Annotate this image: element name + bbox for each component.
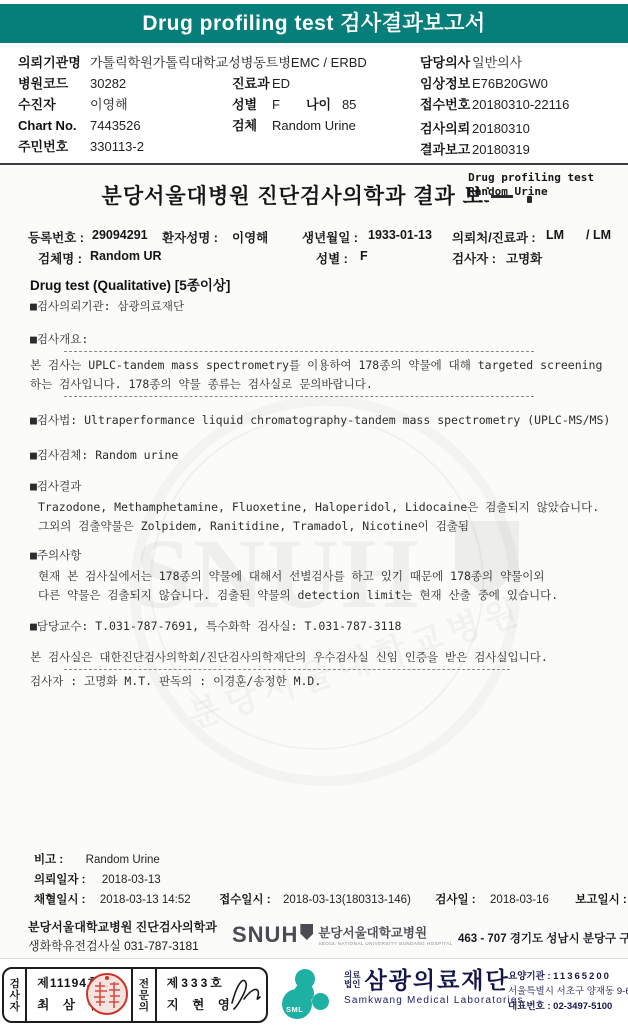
examiner-role-cell: 검사자 [4, 969, 27, 1021]
samkwang-name-row: 의료 법인 삼광의료재단 [344, 967, 524, 993]
specimen-name-value: Random UR [90, 249, 162, 263]
line-signoff: 검사자 : 고명화 M.T. 판독의 : 이경훈/송정한 M.D. [30, 674, 602, 689]
request-date-row: 의뢰일자 : 2018-03-13 [34, 870, 624, 890]
field-label: 담당의사 [420, 52, 472, 73]
field-value: 가톨릭학원가톨릭대학교성병동트병EMC / ERBD [90, 52, 367, 73]
field-label: 검사의뢰 [420, 118, 472, 139]
hospital-address: 463 - 707 경기도 성남시 분당구 구미동 300 [458, 930, 628, 946]
dept-value: LM [546, 228, 564, 242]
line-caution2: 다른 약물은 검출되지 않습니다. 검출된 약물의 detection limi… [30, 588, 602, 603]
tel-row: 대표번호 : 02-3497-5100 [508, 999, 628, 1014]
birth-label: 생년월일 : [302, 228, 358, 246]
snuh-korean-name: 분당서울대학교병원 [318, 926, 452, 940]
samkwang-org-type: 의료 법인 [344, 971, 360, 989]
hospital-dept-line2: 생화학유전검사실 031-787-3181 [28, 937, 217, 956]
sml-logo-circle [312, 993, 329, 1010]
collect-label: 채혈일시 : [34, 894, 85, 906]
sml-logo-circle [282, 989, 312, 1019]
stamp-line1: Drug profiling test [468, 171, 594, 185]
dashed-divider [64, 669, 510, 670]
request-date-value: 2018-03-13 [102, 874, 161, 886]
report-datetime-label: 보고일시 : [575, 894, 626, 906]
field-value: 30282 [90, 73, 126, 94]
samkwang-contact-block: 요양기관 : 11365200 서울특별시 서초구 양재동 9-60 대표번호 … [508, 969, 628, 1014]
line-desc2: 하는 검사입니다. 178종의 약물 종류는 검사실로 문의바랍니다. [30, 377, 602, 392]
snuh-shield-icon [300, 924, 313, 940]
snuh-logo: SNUH 분당서울대학교병원 SEOUL NATIONAL UNIVERSITY… [232, 924, 453, 946]
dashed-divider [64, 396, 534, 397]
seal-bar: 검사자 제11194호 최 삼 규 전문의 제333호 지 현 영 SML [0, 958, 628, 1027]
samkwang-name-block: 의료 법인 삼광의료재단 Samkwang Medical Laboratori… [344, 967, 524, 1006]
snuh-korean-block: 분당서울대학교병원 SEOUL NATIONAL UNIVERSITY BUND… [318, 924, 452, 946]
examiner-value: 고명화 [506, 249, 542, 267]
field-receipt-no: 접수번호 20180310-22116 [420, 94, 569, 115]
note-label: 비고 : [34, 854, 63, 866]
field-label-age: 나이 [306, 94, 342, 115]
request-info-section: 의뢰기관명 가톨릭학원가톨릭대학교성병동트병EMC / ERBD 병원코드 30… [0, 46, 628, 164]
field-department: 진료과 ED [232, 73, 356, 94]
examiner-label: 검사자 : [452, 249, 496, 267]
request-info-middle-column: 진료과 ED 성별 F 나이 85 검체 Random Urine [232, 73, 356, 136]
field-value: E76B20GW0 [472, 73, 548, 94]
field-label: 수진자 [18, 94, 90, 115]
field-clinical-info: 임상정보 E76B20GW0 [420, 73, 569, 94]
field-value-age: 85 [342, 94, 356, 115]
line-accreditation: 본 검사실은 대한진단검사의학회/진단검사의학재단의 우수검사실 신임 인증을 … [30, 650, 602, 665]
report-page: { "colors": { "header_teal": "#067f7b", … [0, 0, 628, 1027]
line-overview: ■검사개요: [30, 332, 602, 347]
samkwang-address: 서울특별시 서초구 양재동 9-60 [508, 984, 628, 999]
examiner-license-cell: 제11194호 최 삼 규 [27, 969, 133, 1021]
field-test-request-date: 검사의뢰 20180310 [420, 118, 569, 139]
line-result-head: ■검사결과 [30, 479, 602, 494]
field-value: 330113-2 [90, 136, 144, 157]
samkwang-org-name: 삼광의료재단 [364, 967, 509, 993]
birth-value: 1933-01-13 [368, 228, 432, 242]
dept-label: 의뢰처/진료과 : [452, 228, 536, 246]
field-label: 주민번호 [18, 136, 90, 157]
sex-label: 성별 : [316, 249, 348, 267]
specimen-name-label: 검체명 : [38, 249, 82, 267]
field-label: 결과보고 [420, 139, 472, 160]
report-body: Drug test (Qualitative) [5종이상] ■검사의뢰기관: … [30, 278, 602, 689]
sml-logo-text: SML [286, 1005, 303, 1014]
field-resident-no: 주민번호 330113-2 [18, 136, 367, 157]
field-sex-age: 성별 F 나이 85 [232, 94, 356, 115]
field-label: 임상정보 [420, 73, 472, 94]
specialist-license-cell: 제333호 지 현 영 [157, 969, 266, 1021]
sex-value: F [360, 249, 368, 263]
field-value: 7443526 [90, 115, 141, 136]
field-value: 20180319 [472, 139, 530, 160]
patient-name-label: 환자성명 : [162, 228, 218, 246]
field-label: 진료과 [232, 73, 272, 94]
field-result-report-date: 결과보고 20180319 [420, 139, 569, 160]
note-value: Random Urine [86, 854, 160, 866]
test-date-label: 검사일 : [435, 894, 475, 906]
line-caution1: 현재 본 검사실에서는 178종의 약물에 대해서 선별검사를 하고 있기 때문… [30, 569, 602, 584]
test-type-stamp: Drug profiling test Random Urine [468, 171, 594, 199]
field-label: 검체 [232, 115, 272, 136]
request-info-right-column: 담당의사 일반의사 임상정보 E76B20GW0 접수번호 20180310-2… [420, 52, 569, 160]
red-seal-stamp [85, 972, 129, 1016]
field-label: 접수번호 [420, 94, 472, 115]
field-value: 이영해 [90, 94, 128, 115]
snuh-caption: SEOUL NATIONAL UNIVERSITY BUNDANG HOSPIT… [318, 941, 452, 946]
line-result2: 그외의 검출약물은 Zolpidem, Ranitidine, Tramadol… [30, 519, 602, 534]
care-org-row: 요양기관 : 11365200 [508, 969, 628, 984]
field-doctor: 담당의사 일반의사 [420, 52, 569, 73]
line-request-org: ■검사의뢰기관: 삼광의료재단 [30, 299, 602, 314]
stamp-line2: Random Urine [468, 185, 594, 199]
test-date-value: 2018-03-16 [490, 894, 549, 906]
snuh-wordmark: SNUH [232, 924, 298, 946]
care-org-value: 11365200 [553, 971, 611, 982]
line-result1: Trazodone, Methamphetamine, Fluoxetine, … [30, 500, 602, 515]
reg-no-value: 29094291 [92, 228, 148, 242]
specialist-role-vertical-label: 전문의 [136, 978, 151, 1013]
field-label: 의뢰기관명 [18, 52, 90, 73]
line-desc1: 본 검사는 UPLC-tandem mass spectrometry를 이용하… [30, 358, 602, 373]
tel-label: 대표번호 : [508, 1001, 551, 1012]
care-org-label: 요양기관 : [508, 971, 551, 982]
header-divider [0, 163, 628, 165]
field-label: Chart No. [18, 115, 90, 136]
field-value: Random Urine [272, 115, 356, 136]
request-date-label: 의뢰일자 : [34, 874, 85, 886]
field-value: 20180310 [472, 118, 530, 139]
hospital-dept-block: 분당서울대학교병원 진단검사의학과 생화학유전검사실 031-787-3181 [28, 918, 217, 956]
examiner-role-vertical-label: 검사자 [7, 978, 22, 1013]
line-caution-head: ■주의사항 [30, 548, 602, 563]
page-title: Drug profiling test 검사결과보고서 [0, 4, 628, 43]
field-value: F [272, 94, 280, 115]
bottom-dates-section: 비고 : Random Urine 의뢰일자 : 2018-03-13 채혈일시… [34, 850, 624, 910]
field-specimen: 검체 Random Urine [232, 115, 356, 136]
license-stamp-box: 검사자 제11194호 최 삼 규 전문의 제333호 지 현 영 [2, 967, 268, 1023]
field-label: 성별 [232, 94, 272, 115]
field-value: 일반의사 [472, 52, 522, 73]
collect-value: 2018-03-13 14:52 [100, 894, 191, 906]
field-label: 병원코드 [18, 73, 90, 94]
field-value: ED [272, 73, 290, 94]
line-professor: ■담당교수: T.031-787-7691, 특수화학 검사실: T.031-7… [30, 619, 602, 634]
field-value: 20180310-22116 [472, 94, 569, 115]
patient-name-value: 이영해 [232, 228, 268, 246]
line-method: ■검사법: Ultraperformance liquid chromatogr… [30, 413, 602, 428]
field-requesting-org: 의뢰기관명 가톨릭학원가톨릭대학교성병동트병EMC / ERBD [18, 52, 367, 73]
samkwang-org-name-en: Samkwang Medical Laboratories [344, 995, 524, 1006]
receipt-label: 접수일시 : [219, 894, 270, 906]
tel-value: 02-3497-5100 [553, 1001, 612, 1012]
note-row: 비고 : Random Urine [34, 850, 624, 870]
receipt-value: 2018-03-13(180313-146) [283, 894, 411, 906]
dept-value2: / LM [586, 228, 611, 242]
hospital-dept-line1: 분당서울대학교병원 진단검사의학과 [28, 918, 217, 937]
signature-mark [224, 973, 268, 1013]
datetime-row: 채혈일시 : 2018-03-13 14:52 접수일시 : 2018-03-1… [34, 890, 624, 910]
dashed-divider [64, 351, 534, 352]
reg-no-label: 등록번호 : [28, 228, 84, 246]
test-section-title: Drug test (Qualitative) [5종이상] [30, 278, 602, 293]
specialist-role-cell: 전문의 [133, 969, 156, 1021]
line-specimen: ■검사검체: Random urine [30, 448, 602, 463]
scanned-report-document: SNUH 분당서울대학교병원 분당서울대병원 진단검사의학과 결과 보고서 Dr… [0, 166, 628, 958]
sml-logo: SML [282, 969, 338, 1021]
org-type-line2: 법인 [344, 980, 360, 989]
